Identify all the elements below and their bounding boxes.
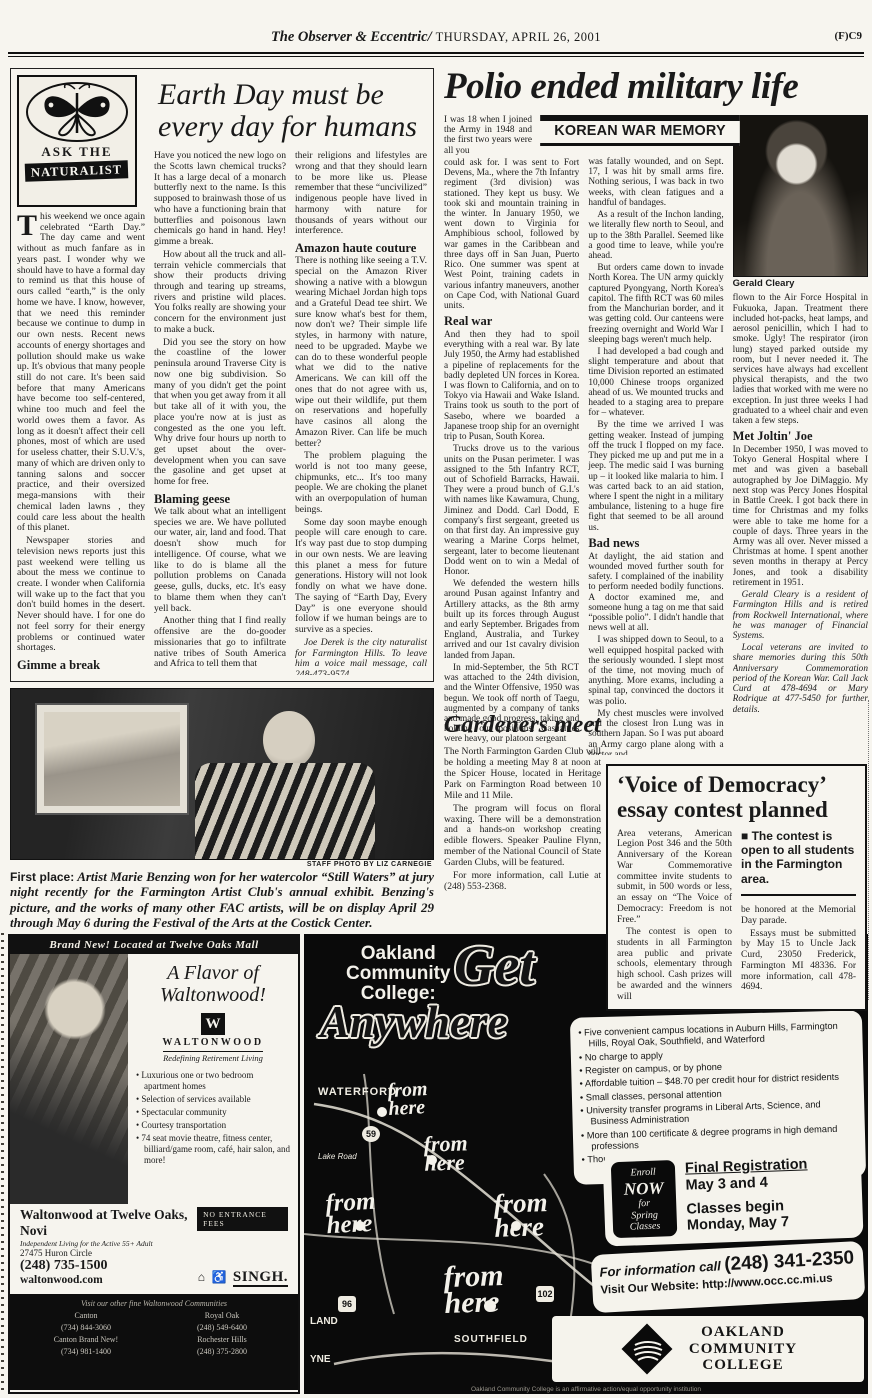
- artist-photo: [10, 688, 434, 860]
- body-text: We defended the western hills around Pus…: [444, 579, 579, 661]
- voice-headline: ‘Voice of Democracy’ essay contest plann…: [617, 773, 856, 823]
- resident-photo: [10, 954, 128, 1204]
- community-phone: (248) 375-2800: [154, 1347, 290, 1356]
- body-text: I was 18 when I joined the Army in 1948 …: [444, 115, 532, 156]
- ad-disclaimer: Oakland Community College is an affirmat…: [304, 1386, 868, 1393]
- body-text: There is nothing like seeing a T.V. spec…: [295, 256, 427, 449]
- newspaper-page: The Observer & Eccentric/ THURSDAY, APRI…: [0, 0, 872, 1398]
- photo-caption: First place: Artist Marie Benzing won fo…: [10, 869, 434, 930]
- butterfly-icon: [25, 81, 129, 143]
- body-text: And then they had to spoil everything wi…: [444, 330, 579, 442]
- body-text: Did you see the story on how the coastli…: [154, 338, 286, 488]
- body-text: Trucks drove us to the various units on …: [444, 444, 579, 577]
- map-dot: [377, 1107, 387, 1117]
- occ-logo-name: OAKLAND COMMUNITY COLLEGE: [689, 1324, 797, 1374]
- map-label-southfield: SOUTHFIELD: [454, 1334, 528, 1345]
- body-text: Newspaper stories and television news re…: [17, 536, 145, 654]
- map-label-yne: YNE: [310, 1354, 331, 1365]
- map-label-waterford: WATERFORD: [318, 1086, 397, 1098]
- voice-column-1: Area veterans, American Legion Post 346 …: [617, 829, 732, 1005]
- map-label-lake-road: Lake Road: [318, 1152, 357, 1161]
- earth-day-headline: Earth Day must be every day for humans: [154, 75, 427, 151]
- list-item: Luxurious one or two bedroom apartment h…: [136, 1070, 290, 1092]
- body-text: The program will focus on floral waxing.…: [444, 804, 601, 870]
- paper-title: The Observer & Eccentric/: [271, 29, 432, 45]
- body-text: their religions and lifestyles are wrong…: [295, 151, 427, 237]
- from-here-label: fromhere: [443, 1263, 505, 1318]
- voice-column-2: ■ The contest is open to all students in…: [741, 829, 856, 1005]
- polio-column-3: Gerald Cleary flown to the Air Force Hos…: [733, 115, 868, 755]
- website-url: waltonwood.com: [20, 1274, 108, 1286]
- body-text: In December 1950, I was moved to Tokyo G…: [733, 445, 868, 588]
- masthead: The Observer & Eccentric/ THURSDAY, APRI…: [0, 28, 872, 46]
- house-and-wheelchair-icons: ⌂ ♿: [198, 1270, 229, 1284]
- gerald-cleary-photo: [733, 115, 868, 277]
- film-edge-marks: [1, 930, 4, 1390]
- gardeners-headline: Gardeners meet: [444, 712, 601, 739]
- issue-date: THURSDAY, APRIL 26, 2001: [436, 30, 601, 44]
- community-name: Waltonwood at Twelve Oaks, Novi: [20, 1207, 197, 1239]
- body-text: By the time we arrived I was getting wea…: [588, 420, 723, 532]
- body-text: At daylight, the aid station and wounded…: [588, 552, 723, 634]
- benefits-list: Five convenient campus locations in Aubu…: [578, 1020, 856, 1166]
- body-text: The problem plaguing the world is not to…: [295, 451, 427, 515]
- get-script-text: Get: [454, 934, 535, 998]
- body-text: How about all the truck and all-terrain …: [154, 250, 286, 336]
- community-subtitle: Independent Living for the Active 55+ Ad…: [20, 1239, 197, 1248]
- body-text: his weekend we once again celebrated “Ea…: [17, 211, 145, 533]
- from-here-label: fromhere: [325, 1191, 377, 1238]
- masthead-rule: [8, 52, 864, 57]
- pull-quote-rule: [741, 894, 856, 896]
- waltonwood-ad: Brand New! Located at Twelve Oaks Mall A…: [8, 934, 300, 1394]
- artist-portrait: [263, 711, 315, 769]
- section-heading: Blaming geese: [154, 492, 286, 506]
- body-text: Some day soon maybe enough people will c…: [295, 518, 427, 636]
- body-text: The contest is open to students in all F…: [617, 927, 732, 1002]
- section-heading: Bad news: [588, 537, 723, 551]
- page-code: (F)C9: [835, 30, 863, 42]
- section-heading: Met Joltin' Joe: [733, 430, 868, 444]
- waltonwood-tagline: Redefining Retirement Living: [163, 1051, 263, 1063]
- registration-panel: Enroll NOW for Spring Classes Final Regi…: [602, 1146, 863, 1247]
- list-item: Spectacular community: [136, 1107, 290, 1118]
- community-phone: (734) 844-3060: [18, 1323, 154, 1332]
- veterans-note: Local veterans are invited to share memo…: [733, 643, 868, 715]
- earth-day-column-3: their religions and lifestyles are wrong…: [295, 151, 427, 675]
- photo-caption: Gerald Cleary: [733, 279, 868, 289]
- from-here-label: fromhere: [493, 1191, 549, 1240]
- photo-credit: STAFF PHOTO BY LIZ CARNEGIE: [10, 861, 432, 868]
- section-heading: Amazon haute couture: [295, 241, 427, 255]
- phone-number: (248) 735-1500: [20, 1258, 108, 1274]
- address: 27475 Huron Circle: [20, 1248, 197, 1258]
- occ-diamond-logo-icon: [619, 1321, 675, 1377]
- from-here-label: fromhere: [423, 1133, 468, 1173]
- ad-banner: Brand New! Located at Twelve Oaks Mall: [10, 936, 298, 954]
- pull-quote: ■ The contest is open to all students in…: [741, 829, 856, 887]
- body-text: Another thing that I find really offensi…: [154, 616, 286, 670]
- list-item: 74 seat movie theatre, fitness center, b…: [136, 1133, 290, 1166]
- gardeners-article: Gardeners meet The North Farmington Gard…: [444, 712, 601, 895]
- body-text: could ask for. I was sent to Fort Devens…: [444, 158, 579, 311]
- logo-text-naturalist: NATURALIST: [25, 160, 129, 182]
- body-text: flown to the Air Force Hospital in Fukuo…: [733, 293, 868, 426]
- caption-lead: First place:: [10, 870, 74, 884]
- phone-number: (248) 341-2350: [724, 1247, 855, 1275]
- polio-column-1: I was 18 when I joined the Army in 1948 …: [444, 115, 579, 755]
- community-entry: Rochester Hills: [154, 1335, 290, 1344]
- college-name: Oakland Community College:: [346, 944, 451, 1004]
- author-tagline: Joe Derek is the city naturalist for Far…: [295, 638, 427, 675]
- registration-dates: May 3 and 4: [685, 1173, 808, 1194]
- author-tagline: Gerald Cleary is a resident of Farmingto…: [733, 590, 868, 641]
- column-dotted-rule: [868, 700, 869, 1000]
- body-text: was fatally wounded, and on Sept. 17, I …: [588, 157, 723, 208]
- body-text: I had developed a bad cough and slight t…: [588, 347, 723, 419]
- section-heading: Real war: [444, 315, 579, 329]
- watercolor-painting: [37, 705, 187, 813]
- body-text: We talk about what an intelligent specie…: [154, 507, 286, 614]
- polio-article: Polio ended military life KOREAN WAR MEM…: [444, 66, 868, 766]
- community-entry: Canton: [18, 1311, 154, 1320]
- ask-the-naturalist-logo: ASK THE NATURALIST: [17, 75, 137, 207]
- ad-headline: A Flavor of Waltonwood!: [136, 962, 290, 1006]
- occ-logo-panel: OAKLAND COMMUNITY COLLEGE: [552, 1316, 864, 1382]
- body-text: The North Farmington Garden Club will be…: [444, 747, 601, 802]
- list-item: Selection of services available: [136, 1094, 290, 1105]
- polio-headline: Polio ended military life: [444, 68, 868, 105]
- body-text: Area veterans, American Legion Post 346 …: [617, 829, 732, 926]
- amenities-list: Luxurious one or two bedroom apartment h…: [136, 1070, 290, 1166]
- list-item: Courtesy transportation: [136, 1120, 290, 1131]
- anywhere-script-text: Anywhere: [320, 996, 508, 1048]
- enroll-now-box: Enroll NOW for Spring Classes: [611, 1160, 678, 1238]
- korean-war-memory-banner: KOREAN WAR MEMORY: [540, 115, 740, 146]
- community-phone: (248) 549-6400: [154, 1323, 290, 1332]
- classes-begin: Classes begin Monday, May 7: [686, 1197, 810, 1235]
- waltonwood-logo-icon: W: [201, 1013, 225, 1035]
- earth-day-column-2: Have you noticed the new logo on the Sco…: [154, 151, 286, 675]
- map-label-land: LAND: [310, 1316, 338, 1327]
- body-text: I was shipped down to Seoul, to a well e…: [588, 635, 723, 707]
- section-heading: Gimme a break: [17, 658, 145, 672]
- singh-logo: ⌂ ♿ SINGH.: [198, 1268, 288, 1286]
- body-text: Have you noticed the new logo on the Sco…: [154, 151, 286, 248]
- logo-text-ask-the: ASK THE: [41, 145, 112, 160]
- route-shield-96: 96: [338, 1296, 356, 1312]
- body-text: be honored at the Memorial Day parade.: [741, 905, 856, 926]
- earth-day-article: ASK THE NATURALIST This weekend we once …: [10, 68, 434, 682]
- community-entry: Royal Oak: [154, 1311, 290, 1320]
- singh-communities-footer: Visit our other fine Waltonwood Communit…: [10, 1294, 298, 1390]
- body-text: Essays must be submitted by May 15 to Un…: [741, 929, 856, 993]
- drop-cap: T: [17, 212, 40, 238]
- body-text: As a result of the Inchon landing, we li…: [588, 210, 723, 261]
- route-shield-102: 102: [536, 1286, 554, 1302]
- no-entrance-fees-badge: NO ENTRANCE FEES: [197, 1207, 288, 1231]
- voice-of-democracy-article: ‘Voice of Democracy’ essay contest plann…: [606, 764, 867, 1011]
- body-text: For more information, call Lutie at (248…: [444, 871, 601, 893]
- art-exhibit-photo-feature: STAFF PHOTO BY LIZ CARNEGIE First place:…: [10, 688, 434, 930]
- waltonwood-logo-name: WALTONWOOD: [136, 1037, 290, 1048]
- polio-column-2: was fatally wounded, and on Sept. 17, I …: [588, 115, 723, 755]
- community-entry: Canton Brand New!: [18, 1335, 154, 1344]
- striped-shirt: [195, 763, 375, 860]
- body-text: But orders came down to invade North Kor…: [588, 263, 723, 345]
- earth-day-column-1: ASK THE NATURALIST This weekend we once …: [17, 75, 145, 675]
- community-phone: (734) 981-1400: [18, 1347, 154, 1356]
- body-text: My chest muscles were involved and the c…: [588, 709, 723, 755]
- route-shield-59: 59: [362, 1126, 380, 1142]
